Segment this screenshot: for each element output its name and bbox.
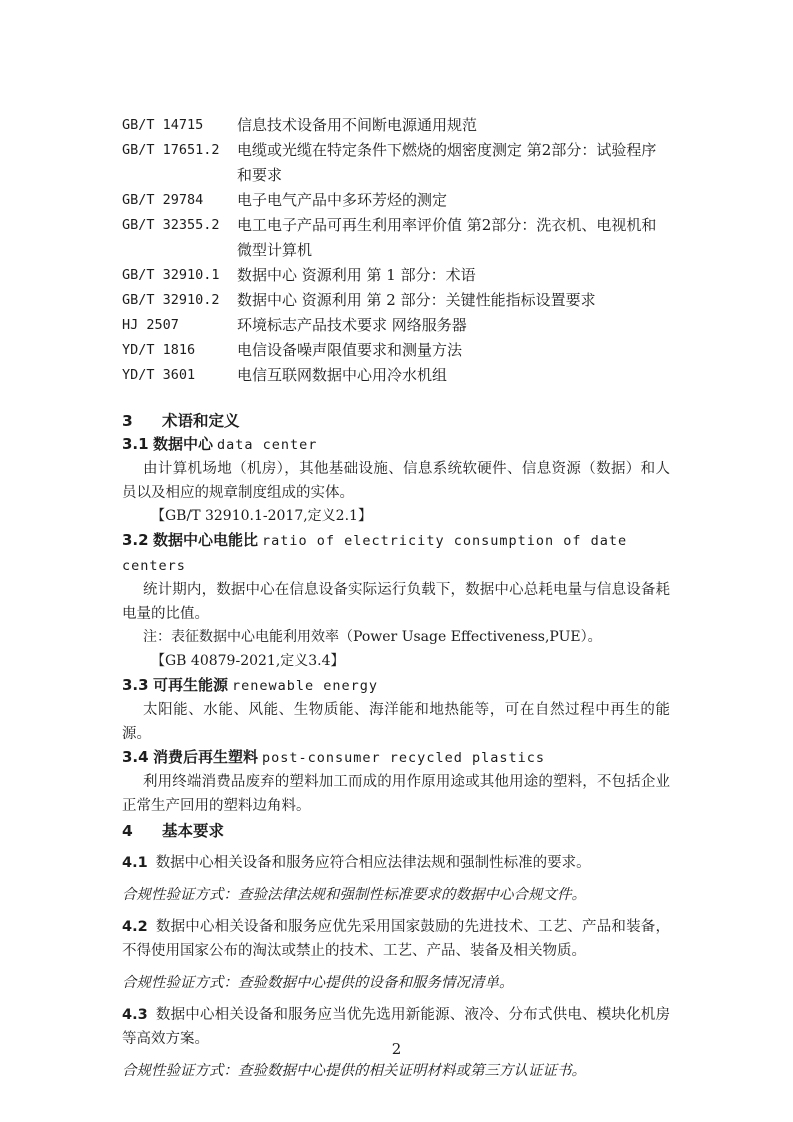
reference-item: YD/T 1816 电信设备噪声限值要求和测量方法 xyxy=(122,338,670,363)
document-page: GB/T 14715 信息技术设备用不间断电源通用规范 GB/T 17651.2… xyxy=(0,0,793,1122)
reference-title: 电信互联网数据中心用冷水机组 xyxy=(237,363,670,388)
clause-paragraph: 4.1数据中心相关设备和服务应符合相应法律法规和强制性标准的要求。 xyxy=(122,851,670,875)
reference-code: GB/T 17651.2 xyxy=(122,138,237,163)
reference-item: HJ 2507 环境标志产品技术要求 网络服务器 xyxy=(122,313,670,338)
reference-title: 数据中心 资源利用 第 2 部分：关键性能指标设置要求 xyxy=(237,288,670,313)
term-number: 3.3 xyxy=(122,674,153,698)
reference-code: YD/T 3601 xyxy=(122,363,237,388)
section-number: 3 xyxy=(122,409,162,433)
reference-code: GB/T 32355.2 xyxy=(122,213,237,238)
term-entry: 3.4消费后再生塑料post-consumer recycled plastic… xyxy=(122,746,670,818)
reference-title: 数据中心 资源利用 第 1 部分：术语 xyxy=(237,263,670,288)
clause-text: 数据中心相关设备和服务应优先采用国家鼓励的先进技术、工艺、产品和装备，不得使用国… xyxy=(122,919,670,959)
term-heading: 3.4消费后再生塑料post-consumer recycled plastic… xyxy=(122,746,670,771)
verification-note: 合规性验证方式：查验数据中心提供的设备和服务情况清单。 xyxy=(122,971,670,995)
term-source: 【GB/T 32910.1-2017,定义2.1】 xyxy=(122,505,670,529)
reference-title: 信息技术设备用不间断电源通用规范 xyxy=(237,113,670,138)
verification-note: 合规性验证方式：查验数据中心提供的相关证明材料或第三方认证证书。 xyxy=(122,1059,670,1083)
requirements-section-heading: 4基本要求 xyxy=(122,819,670,843)
term-entry: 3.1数据中心data center 由计算机场地（机房），其他基础设施、信息系… xyxy=(122,433,670,529)
reference-code: YD/T 1816 xyxy=(122,338,237,363)
reference-code: GB/T 32910.1 xyxy=(122,263,237,288)
reference-code: GB/T 29784 xyxy=(122,188,237,213)
section-number: 4 xyxy=(122,819,162,843)
term-definition: 利用终端消费品废弃的塑料加工而成的用作原用途或其他用途的塑料，不包括企业正常生产… xyxy=(122,771,670,819)
clause-text: 数据中心相关设备和服务应符合相应法律法规和强制性标准的要求。 xyxy=(156,855,591,871)
term-zh: 消费后再生塑料 xyxy=(153,748,258,766)
term-zh: 数据中心 xyxy=(153,435,213,453)
clause-paragraph: 4.2数据中心相关设备和服务应优先采用国家鼓励的先进技术、工艺、产品和装备，不得… xyxy=(122,915,670,963)
reference-title: 环境标志产品技术要求 网络服务器 xyxy=(237,313,670,338)
reference-title: 电信设备噪声限值要求和测量方法 xyxy=(237,338,670,363)
term-zh: 数据中心电能比 xyxy=(153,531,258,549)
term-en: renewable energy xyxy=(232,678,378,694)
term-heading: 3.1数据中心data center xyxy=(122,433,670,458)
verification-note: 合规性验证方式：查验法律法规和强制性标准要求的数据中心合规文件。 xyxy=(122,883,670,907)
reference-item: GB/T 29784 电子电气产品中多环芳烃的测定 xyxy=(122,188,670,213)
reference-code: HJ 2507 xyxy=(122,313,237,338)
term-definition: 由计算机场地（机房），其他基础设施、信息系统软硬件、信息资源（数据）和人员以及相… xyxy=(122,458,670,506)
term-zh: 可再生能源 xyxy=(153,676,228,694)
term-source: 【GB 40879-2021,定义3.4】 xyxy=(122,650,670,674)
reference-title: 电工电子产品可再生利用率评价值 第2部分：洗衣机、电视机和微型计算机 xyxy=(237,213,670,263)
terms-section-heading: 3术语和定义 xyxy=(122,409,670,433)
reference-item: YD/T 3601 电信互联网数据中心用冷水机组 xyxy=(122,363,670,388)
section-title: 术语和定义 xyxy=(162,412,240,430)
clause-item: 4.2数据中心相关设备和服务应优先采用国家鼓励的先进技术、工艺、产品和装备，不得… xyxy=(122,915,670,995)
clause-number: 4.1 xyxy=(122,855,148,871)
term-heading: 3.2数据中心电能比ratio of electricity consumpti… xyxy=(122,529,670,579)
reference-item: GB/T 17651.2 电缆或光缆在特定条件下燃烧的烟密度测定 第2部分：试验… xyxy=(122,138,670,188)
term-en: post-consumer recycled plastics xyxy=(262,750,545,766)
term-number: 3.4 xyxy=(122,746,153,770)
term-definition: 统计期内，数据中心在信息设备实际运行负载下，数据中心总耗电量与信息设备耗电量的比… xyxy=(122,579,670,627)
term-en: data center xyxy=(217,437,317,453)
term-entry: 3.3可再生能源renewable energy 太阳能、水能、风能、生物质能、… xyxy=(122,674,670,746)
reference-title: 电缆或光缆在特定条件下燃烧的烟密度测定 第2部分：试验程序和要求 xyxy=(237,138,670,188)
term-note: 注：表征数据中心电能利用效率（Power Usage Effectiveness… xyxy=(122,626,670,650)
term-number: 3.1 xyxy=(122,433,153,457)
clause-item: 4.1数据中心相关设备和服务应符合相应法律法规和强制性标准的要求。 合规性验证方… xyxy=(122,851,670,907)
section-title: 基本要求 xyxy=(162,822,224,840)
reference-item: GB/T 32355.2 电工电子产品可再生利用率评价值 第2部分：洗衣机、电视… xyxy=(122,213,670,263)
reference-item: GB/T 14715 信息技术设备用不间断电源通用规范 xyxy=(122,113,670,138)
page-number: 2 xyxy=(0,1040,793,1058)
term-entry: 3.2数据中心电能比ratio of electricity consumpti… xyxy=(122,529,670,674)
term-number: 3.2 xyxy=(122,529,153,553)
reference-item: GB/T 32910.1 数据中心 资源利用 第 1 部分：术语 xyxy=(122,263,670,288)
term-definition: 太阳能、水能、风能、生物质能、海洋能和地热能等，可在自然过程中再生的能源。 xyxy=(122,699,670,747)
term-heading: 3.3可再生能源renewable energy xyxy=(122,674,670,699)
clause-number: 4.2 xyxy=(122,919,148,935)
reference-title: 电子电气产品中多环芳烃的测定 xyxy=(237,188,670,213)
clause-number: 4.3 xyxy=(122,1007,148,1023)
reference-code: GB/T 14715 xyxy=(122,113,237,138)
reference-item: GB/T 32910.2 数据中心 资源利用 第 2 部分：关键性能指标设置要求 xyxy=(122,288,670,313)
reference-code: GB/T 32910.2 xyxy=(122,288,237,313)
normative-references-list: GB/T 14715 信息技术设备用不间断电源通用规范 GB/T 17651.2… xyxy=(122,113,670,388)
